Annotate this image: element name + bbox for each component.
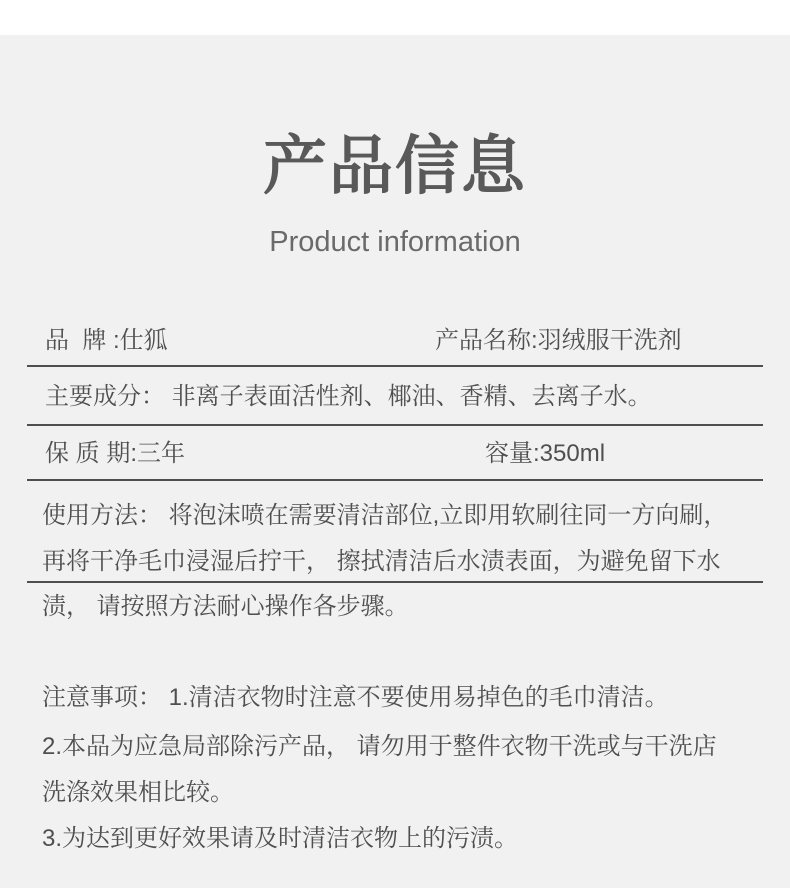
top-white-strip xyxy=(0,0,790,35)
notes-line: 注意事项： 1.清洁衣物时注意不要使用易掉色的毛巾清洁。 xyxy=(42,685,669,711)
usage-line: 渍， 请按照方法耐心操作各步骤。 xyxy=(42,594,409,620)
divider-1 xyxy=(27,365,763,367)
spec-product-name: 产品名称:羽绒服干洗剂 xyxy=(435,328,682,354)
product-info-page: 产品信息 Product information 品 牌 :仕狐 产品名称:羽绒… xyxy=(0,0,790,888)
divider-2 xyxy=(27,424,763,426)
notes-line: 2.本品为应急局部除污产品， 请勿用于整件衣物干洗或与干洗店 xyxy=(42,734,717,760)
notes-line: 3.为达到更好效果请及时清洁衣物上的污渍。 xyxy=(42,826,518,852)
spec-capacity: 容量:350ml xyxy=(485,441,605,467)
spec-brand: 品 牌 :仕狐 xyxy=(45,328,168,354)
usage-line: 使用方法： 将泡沫喷在需要清洁部位,立即用软刷往同一方向刷， xyxy=(42,503,727,529)
usage-line: 再将干净毛巾浸湿后拧干， 擦拭清洁后水渍表面，为避免留下水 xyxy=(42,549,721,575)
page-subtitle: Product information xyxy=(0,226,790,258)
divider-3 xyxy=(27,479,763,481)
divider-4 xyxy=(27,581,763,583)
spec-shelf-life: 保 质 期:三年 xyxy=(45,441,185,467)
spec-ingredients: 主要成分： 非离子表面活性剂、椰油、香精、去离子水。 xyxy=(45,384,652,410)
page-title: 产品信息 xyxy=(0,130,790,202)
notes-line: 洗涤效果相比较。 xyxy=(42,780,234,806)
